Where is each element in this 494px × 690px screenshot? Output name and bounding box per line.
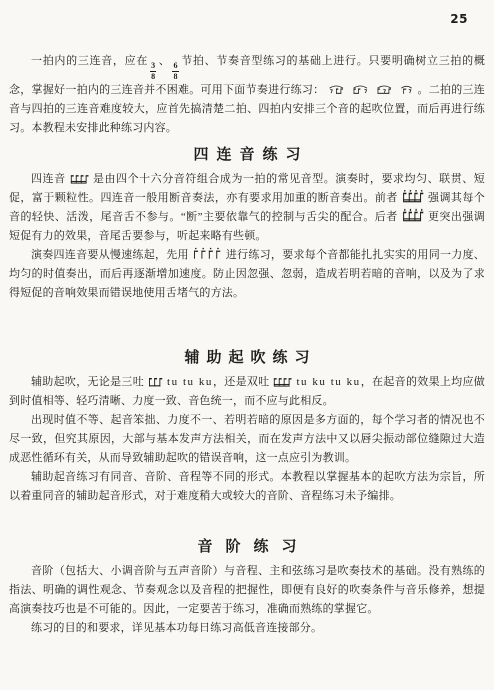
section-heading-auxiliary-attack: 辅助起吹练习	[9, 347, 485, 369]
page-content: 一拍内的三连音，应在38、68节拍、节奏音型练习的基础上进行。只要明确树立三拍的…	[0, 52, 494, 638]
intro-text-2: 、	[158, 55, 170, 67]
quadruplet-paragraph-2: 演奏四连音要从慢速练起，先用进行练习，要求每个音都能扎扎实实的用同一力度、均匀的…	[9, 246, 485, 303]
page-number: 25	[450, 12, 468, 26]
time-signature-numerator: 3	[150, 62, 156, 72]
aux-paragraph-1: 辅助起吹，无论是三吐tu tu ku，还是双吐tu ku tu ku，在起音的效…	[9, 373, 485, 411]
intro-paragraph: 一拍内的三连音，应在38、68节拍、节奏音型练习的基础上进行。只要明确树立三拍的…	[9, 52, 485, 138]
section-heading-scale: 音阶练习	[9, 536, 485, 558]
quadruplet-paragraph-1: 四连音是由四个十六分音符组合成为一拍的常见音型。演奏时，要求均匀、联贯、短促，富…	[9, 170, 485, 246]
scanned-book-page: 25 一拍内的三连音，应在38、68节拍、节奏音型练习的基础上进行。只要明确树立…	[0, 0, 494, 690]
intro-text-1: 一拍内的三连音，应在	[31, 55, 148, 67]
scale-paragraph-2: 练习的目的和要求，详见基本功每日练习高低音连接部分。	[9, 619, 485, 638]
triplet-rhythm-notation-3-icon	[375, 83, 393, 96]
triplet-rhythm-notation-2-icon	[351, 83, 369, 96]
time-signature-6-8: 68	[172, 62, 178, 81]
triple-tongue-notation-icon	[147, 375, 164, 388]
time-signature-numerator: 6	[172, 62, 178, 72]
time-signature-3-8: 38	[150, 62, 156, 81]
quad-text-1: 四连音	[31, 173, 66, 185]
detached-eighth-notes-notation-icon	[192, 247, 223, 261]
aux-paragraph-3: 辅助起音练习有同音、音阶、音程等不同的形式。本教程以掌握基本的起吹方法为宗旨，所…	[9, 468, 485, 506]
double-tongue-notation-icon	[272, 375, 293, 388]
scale-paragraph-1: 音阶（包括大、小调音阶与五声音阶）与音程、主和弦练习是吹奏技术的基础。没有熟练的…	[9, 562, 485, 619]
staccato-quadruplet-notation-icon	[401, 189, 425, 204]
sixteenth-quadruplet-notation-icon	[69, 172, 90, 185]
double-tongue-syllables: tu ku tu ku	[296, 376, 360, 388]
aux-text-1: 辅助起吹，无论是三吐	[31, 376, 144, 388]
accented-quadruplet-notation-icon	[401, 208, 425, 223]
section-heading-quadruplet: 四连音练习	[9, 144, 485, 166]
quad-slow-text-1: 演奏四连音要从慢速练起，先用	[31, 249, 189, 261]
triple-tongue-syllables: tu tu ku	[167, 376, 213, 388]
aux-text-2: ，还是双吐	[213, 376, 270, 388]
time-signature-denominator: 8	[151, 72, 155, 81]
time-signature-denominator: 8	[173, 72, 177, 81]
aux-paragraph-2: 出现时值不等、起音笨拙、力度不一、若明若暗的原因是多方面的，每个学习者的情况也不…	[9, 411, 485, 468]
triplet-rhythm-notation-1-icon	[327, 83, 345, 96]
triplet-rhythm-notation-4-icon	[399, 83, 414, 96]
